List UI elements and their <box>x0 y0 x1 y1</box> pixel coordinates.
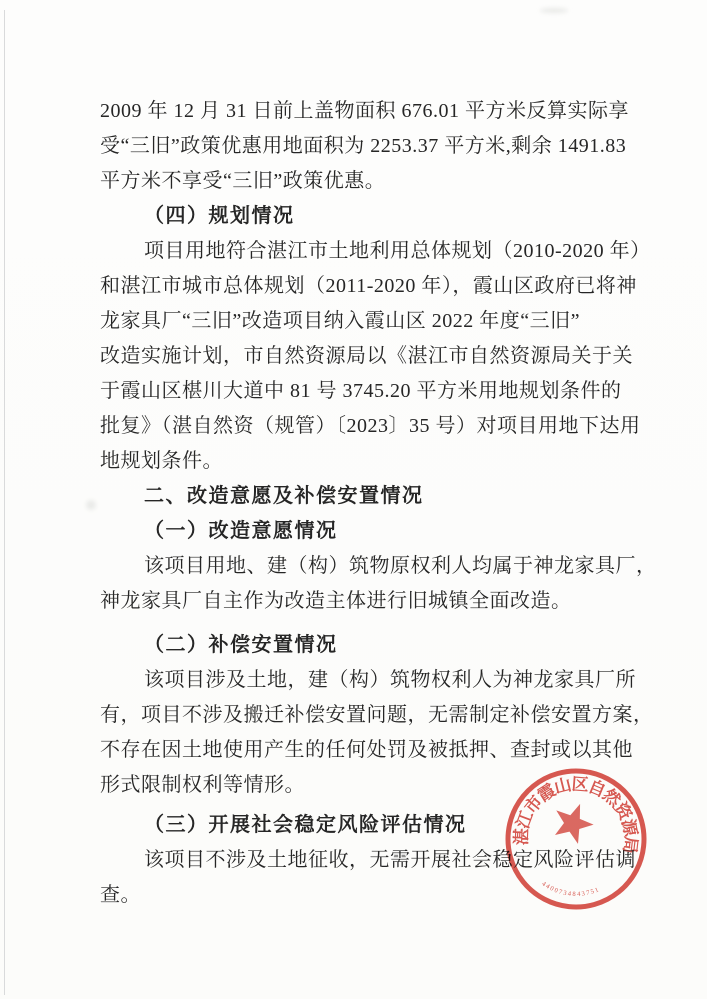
document-line: 改造实施计划，市自然资源局以《湛江市自然资源局关于关 <box>100 339 628 374</box>
document-line: 于霞山区椹川大道中 81 号 3745.20 平方米用地规划条件的 <box>100 374 628 409</box>
document-line: 地规划条件。 <box>100 444 628 479</box>
scanned-document-page: 2009 年 12 月 31 日前上盖物面积 676.01 平方米反算实际享受“… <box>0 0 707 999</box>
document-line: 有，项目不涉及搬迁补偿安置问题，无需制定补偿安置方案， <box>100 698 628 733</box>
official-seal: 湛江市霞山区自然资源局 4400734843751 <box>496 762 656 922</box>
document-line: 龙家具厂“三旧”改造项目纳入霞山区 2022 年度“三旧” <box>100 304 628 339</box>
seal-code-text: 4400734843751 <box>540 880 602 901</box>
document-line: 项目用地符合湛江市土地利用总体规划（2010-2020 年） <box>100 234 628 269</box>
seal-star-icon <box>553 802 596 846</box>
scan-edge-line <box>4 10 5 995</box>
scan-smudge <box>86 500 96 510</box>
document-line: 该项目用地、建（构）筑物原权利人均属于神龙家具厂， <box>100 549 628 584</box>
document-line: 该项目涉及土地，建（构）筑物权利人为神龙家具厂所 <box>100 663 628 698</box>
document-line: 平方米不享受“三旧”政策优惠。 <box>100 164 628 199</box>
document-line: 2009 年 12 月 31 日前上盖物面积 676.01 平方米反算实际享 <box>100 94 628 129</box>
document-line: 受“三旧”政策优惠用地面积为 2253.37 平方米,剩余 1491.83 <box>100 129 628 164</box>
document-line: 和湛江市城市总体规划（2011-2020 年），霞山区政府已将神 <box>100 269 628 304</box>
document-line: 批复》（湛自然资（规管）〔2023〕35 号）对项目用地下达用 <box>100 409 628 444</box>
document-line: （四）规划情况 <box>100 199 628 234</box>
document-line: 神龙家具厂自主作为改造主体进行旧城镇全面改造。 <box>100 584 628 619</box>
document-line: 二、改造意愿及补偿安置情况 <box>100 479 628 514</box>
document-line: （二）补偿安置情况 <box>100 628 628 663</box>
document-line: （一）改造意愿情况 <box>100 514 628 549</box>
scan-smudge <box>540 8 568 13</box>
